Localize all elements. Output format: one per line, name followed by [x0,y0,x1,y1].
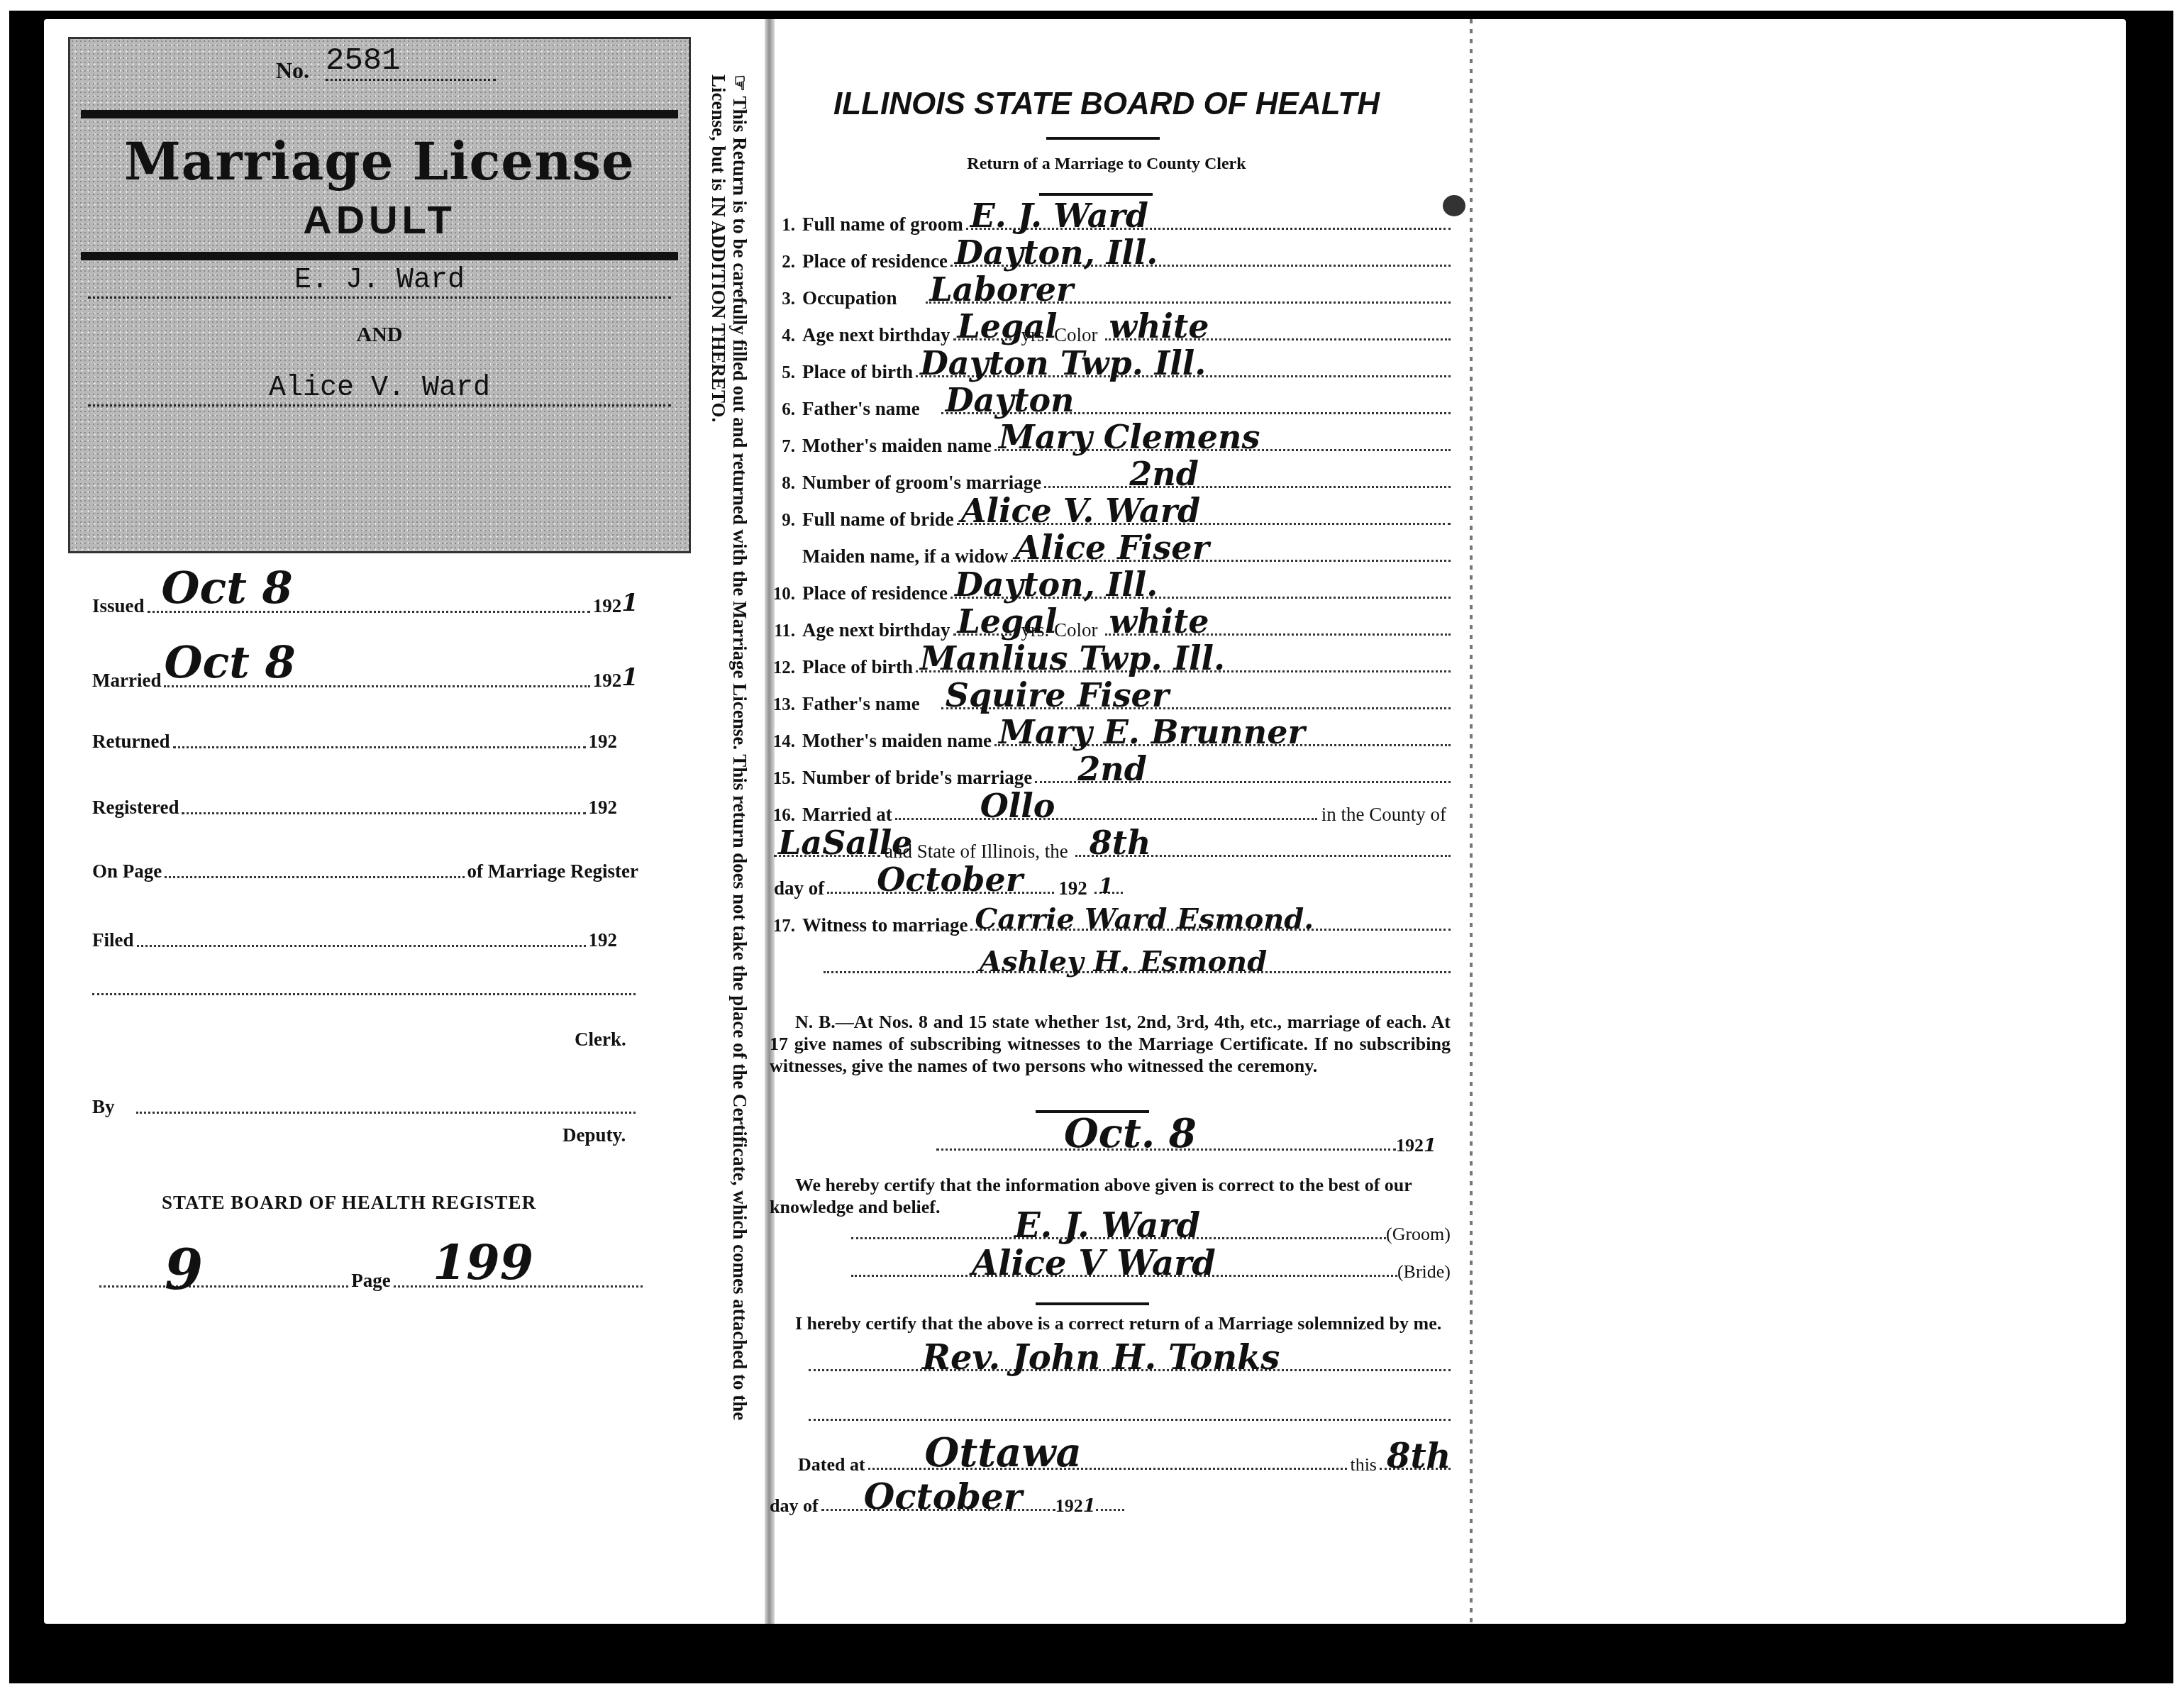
field-county-state-day: LaSalleand State of Illinois, the8th [770,834,1451,863]
rule-divider [81,110,678,118]
clerk-line [92,993,638,1000]
nb-instructions: N. B.—At Nos. 8 and 15 state whether 1st… [770,1011,1451,1077]
rule-divider [1039,193,1153,196]
and-label: AND [70,323,689,347]
field-witness-1: 17.Witness to marriageCarrie Ward Esmond… [770,908,1451,936]
officiant-address-line [780,1419,1451,1427]
record-issued: Issued Oct 8 1921 [92,589,638,617]
field-groom-father: 6.Father's nameDayton [770,392,1451,420]
record-married: Married Oct 8 1921 [92,663,638,692]
rule-divider [1046,137,1160,140]
field-groom-birthplace: 5.Place of birthDayton Twp. Ill. [770,355,1451,383]
field-bride-birthplace: 12.Place of birthManlius Twp. Ill. [770,650,1451,678]
license-number: 2581 [326,43,496,81]
field-witness-2: Ashley H. Esmond [770,951,1451,979]
form-title: ILLINOIS STATE BOARD OF HEALTH [787,87,1426,122]
page-edge [1470,19,1473,1624]
issued-date: Oct 8 [162,562,293,614]
dated-at-line: Dated at Ottawa this 8th [770,1454,1451,1476]
certify-date-line: Oct. 8 1921 [936,1135,1451,1156]
record-on-page: On Pageof Marriage Register [92,860,638,882]
groom-signature-line: E. J. Ward (Groom) [851,1224,1451,1245]
marriage-license-cover: No. 2581 Marriage License ADULT E. J. Wa… [68,37,691,553]
deputy-label: Deputy. [562,1124,626,1146]
field-groom-name: 1.Full name of groomE. J. Ward [770,207,1451,236]
license-subtitle: ADULT [70,196,689,243]
register-page: 199 [433,1234,533,1291]
married-date: Oct 8 [164,636,295,688]
officiant-statement: I hereby certify that the above is a cor… [770,1312,1451,1334]
field-groom-marriage-number: 8.Number of groom's marriage2nd [770,465,1451,494]
field-bride-mother: 14.Mother's maiden nameMary E. Brunner [770,724,1451,752]
field-bride-residence: 10.Place of residenceDayton, Ill. [770,576,1451,604]
field-bride-father: 13.Father's nameSquire Fiser [770,687,1451,715]
field-bride-age-color: 11.Age next birthdayLegalyrs. Colorwhite [770,613,1451,641]
field-bride-maiden-name: Maiden name, if a widowAlice Fiser [770,539,1451,568]
register-heading: STATE BOARD OF HEALTH REGISTER [162,1192,536,1214]
side-note-vertical: ☞ This Return is to be carefully filled … [708,74,750,1479]
deputy-line: By [92,1096,638,1118]
bride-name: Alice V. Ward [88,372,671,406]
record-returned: Returned192 [92,731,638,753]
field-groom-residence: 2.Place of residenceDayton, Ill. [770,244,1451,272]
clerk-label: Clerk. [575,1029,626,1051]
field-groom-mother: 7.Mother's maiden nameMary Clemens [770,428,1451,457]
ink-blot [1443,195,1465,216]
license-number-label: No. [276,57,309,84]
record-filed: Filed192 [92,929,638,951]
field-bride-marriage-number: 15.Number of bride's marriage2nd [770,760,1451,789]
field-month-year: day ofOctober1921 [770,871,1451,899]
form-subtitle: Return of a Marriage to County Clerk [787,155,1426,174]
rule-divider [81,252,678,260]
field-groom-occupation: 3.OccupationLaborer [770,281,1451,309]
license-title: Marriage License [70,131,689,192]
field-bride-name: 9.Full name of brideAlice V. Ward [770,502,1451,531]
bride-signature-line: Alice V Ward (Bride) [851,1261,1451,1283]
register-volume: 9 [165,1238,203,1302]
officiant-signature-line: Rev. John H. Tonks [780,1369,1451,1377]
rule-divider [1036,1302,1149,1305]
day-of-line: day of October 1921 [770,1495,1195,1517]
record-registered: Registered192 [92,797,638,819]
groom-name: E. J. Ward [88,265,671,299]
field-groom-age-color: 4.Age next birthdayLegalyrs. Colorwhite [770,318,1451,346]
field-married-at: 16.Married atOlloin the County of [770,797,1451,826]
